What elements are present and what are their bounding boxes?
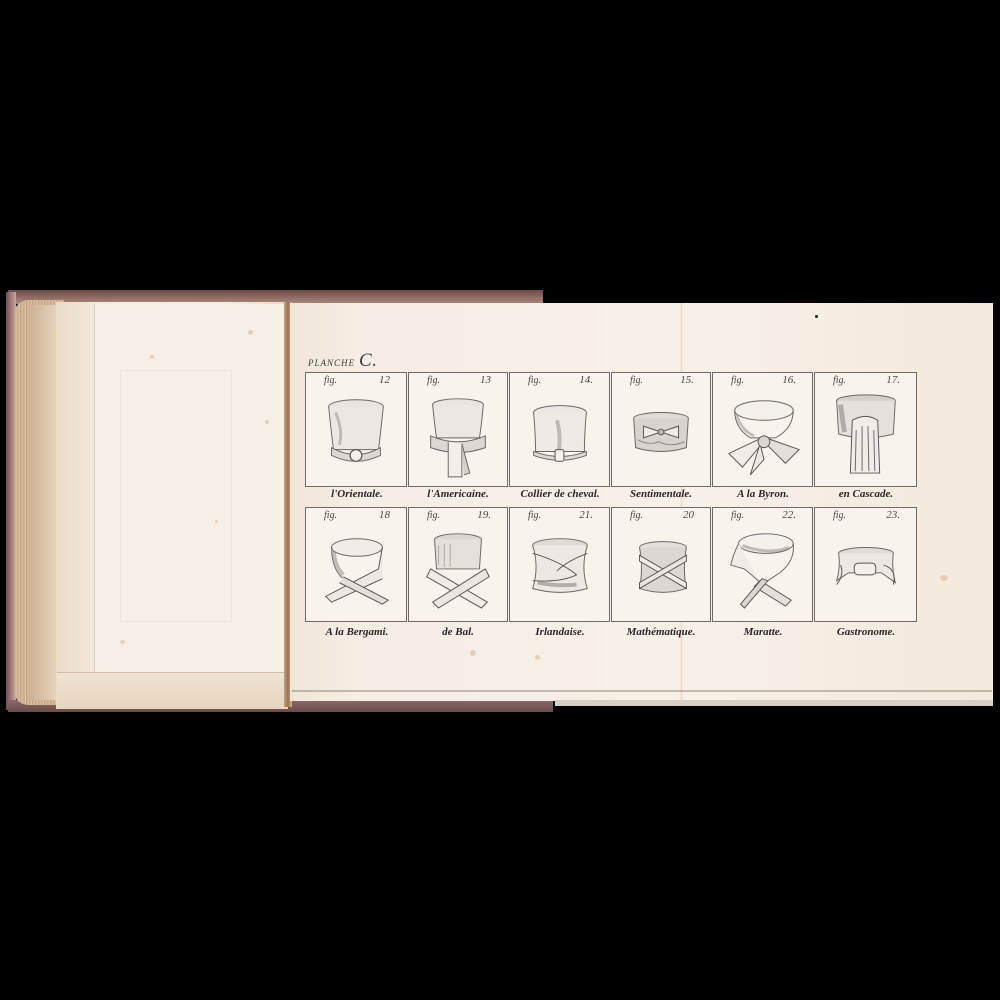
- fold-out-plate-page: [290, 303, 993, 701]
- caption-gastronome: Gastronome.: [814, 626, 918, 638]
- foxing-spot: [535, 655, 540, 660]
- fig-label: fig.: [833, 510, 846, 521]
- caption-mathematique: Mathématique.: [609, 626, 713, 638]
- fig-label: fig.: [731, 510, 744, 521]
- fig-number: 19.: [477, 509, 491, 521]
- show-through-ghost-image: [120, 370, 232, 622]
- foxing-spot: [215, 520, 218, 523]
- caption-bergami: A la Bergami.: [305, 626, 409, 638]
- cravat-americaine-icon: [417, 391, 499, 479]
- figure-box-21: fig. 21.: [509, 507, 610, 622]
- fig-number: 18: [379, 509, 390, 521]
- foxing-spot: [265, 420, 269, 424]
- cravat-orientale-icon: [314, 391, 398, 479]
- caption-collier-de-cheval: Collier de cheval.: [508, 488, 612, 500]
- cravat-maratte-icon: [721, 526, 804, 614]
- ink-dot: [815, 315, 818, 318]
- cravat-sentimentale-icon: [620, 391, 702, 479]
- fig-number: 22.: [782, 509, 796, 521]
- foxing-spot: [248, 330, 253, 335]
- fig-number: 23.: [886, 509, 900, 521]
- fig-number: 15.: [680, 374, 694, 386]
- caption-orientale: l'Orientale.: [305, 488, 409, 500]
- figure-box-17: fig. 17.: [814, 372, 917, 487]
- figure-box-20: fig. 20: [611, 507, 711, 622]
- figure-box-12: fig. 12: [305, 372, 407, 487]
- foxing-spot: [940, 575, 948, 581]
- fig-label: fig.: [324, 375, 337, 386]
- figure-box-23: fig. 23.: [814, 507, 917, 622]
- fig-label: fig.: [731, 375, 744, 386]
- foxing-spot: [150, 355, 154, 359]
- plate-title-letter: C.: [359, 350, 377, 371]
- fig-number: 21.: [579, 509, 593, 521]
- caption-irlandaise: Irlandaise.: [508, 626, 612, 638]
- figure-box-19: fig. 19.: [408, 507, 508, 622]
- plate-underlying-sheet: [555, 700, 993, 706]
- plate-fold-crease: [680, 303, 683, 701]
- figure-box-18: fig. 18: [305, 507, 407, 622]
- figure-box-22: fig. 22.: [712, 507, 813, 622]
- fig-label: fig.: [324, 510, 337, 521]
- fig-label: fig.: [630, 375, 643, 386]
- fig-number: 17.: [886, 374, 900, 386]
- cravat-cascade-icon: [823, 391, 908, 479]
- figure-box-16: fig. 16.: [712, 372, 813, 487]
- fig-number: 14.: [579, 374, 593, 386]
- caption-byron: A la Byron.: [711, 488, 815, 500]
- fig-label: fig.: [528, 510, 541, 521]
- page-block-inner: [30, 305, 58, 700]
- caption-maratte: Maratte.: [711, 626, 815, 638]
- figure-box-14: fig. 14.: [509, 372, 610, 487]
- plate-bottom-edge-line: [292, 690, 992, 692]
- left-page-fold-flap: [57, 672, 286, 709]
- figure-box-15: fig. 15.: [611, 372, 711, 487]
- fig-number: 16.: [782, 374, 796, 386]
- cravat-de-bal-icon: [417, 526, 499, 614]
- fig-label: fig.: [528, 375, 541, 386]
- cravat-byron-icon: [721, 391, 804, 479]
- plate-title-prefix: PLANCHE: [308, 358, 355, 368]
- fig-label: fig.: [427, 375, 440, 386]
- foxing-spot: [470, 650, 476, 656]
- cravat-mathematique-icon: [620, 526, 702, 614]
- figure-box-13: fig. 13: [408, 372, 508, 487]
- cravat-irlandaise-icon: [518, 526, 601, 614]
- plate-title: PLANCHE C.: [308, 350, 377, 372]
- fig-label: fig.: [427, 510, 440, 521]
- caption-sentimentale: Sentimentale.: [609, 488, 713, 500]
- caption-americaine: l'Americaine.: [406, 488, 510, 500]
- fig-label: fig.: [630, 510, 643, 521]
- foxing-spot: [120, 640, 125, 644]
- caption-de-bal: de Bal.: [406, 626, 510, 638]
- fig-number: 20: [683, 509, 694, 521]
- cravat-collier-de-cheval-icon: [518, 391, 601, 479]
- caption-cascade: en Cascade.: [814, 488, 918, 500]
- cravat-gastronome-icon: [823, 526, 908, 614]
- fig-number: 13: [480, 374, 491, 386]
- cravat-bergami-icon: [314, 526, 398, 614]
- fig-label: fig.: [833, 375, 846, 386]
- fig-number: 12: [379, 374, 390, 386]
